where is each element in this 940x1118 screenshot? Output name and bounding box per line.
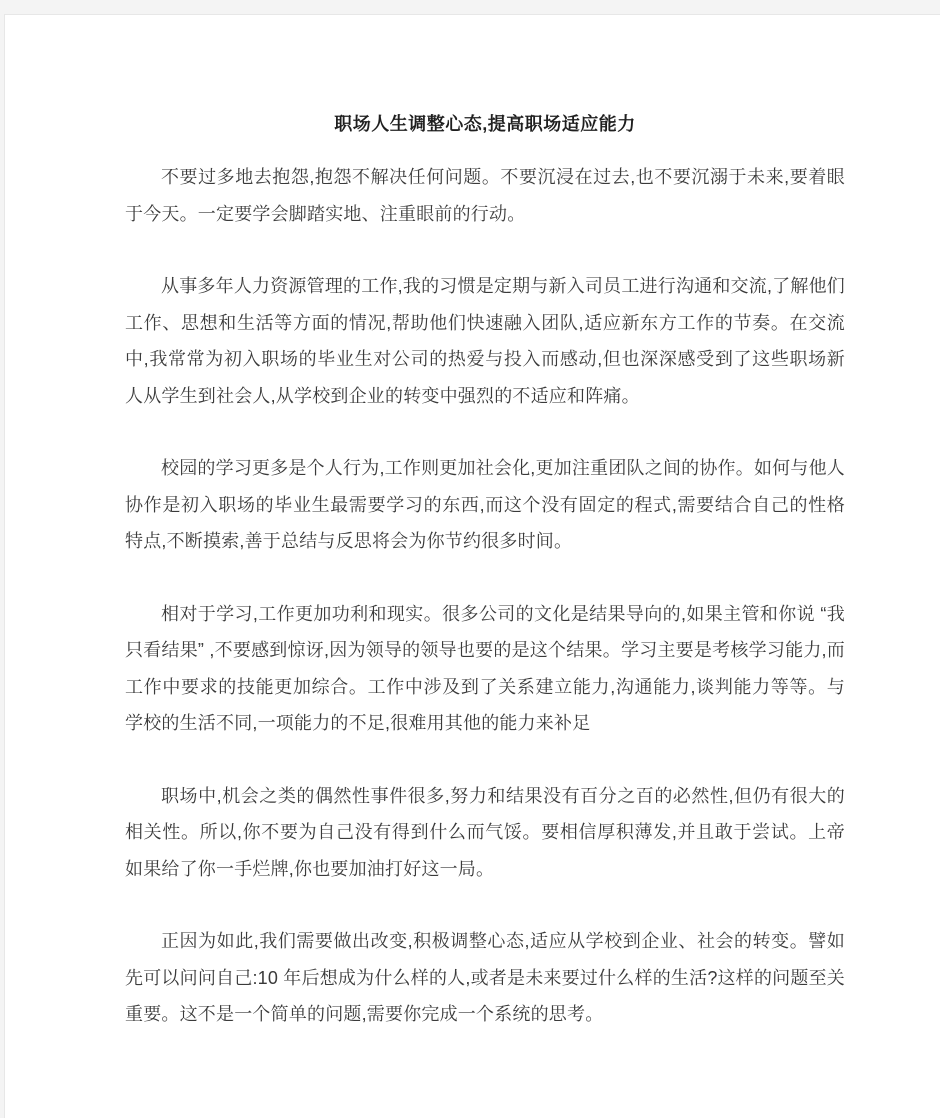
- paragraph-4: 相对于学习,工作更加功利和现实。很多公司的文化是结果导向的,如果主管和你说 “我…: [125, 596, 845, 742]
- document-page: 职场人生调整心态,提高职场适应能力 不要过多地去抱怨,抱怨不解决任何问题。不要沉…: [4, 14, 940, 1118]
- paragraph-6: 正因为如此,我们需要做出改变,积极调整心态,适应从学校到企业、社会的转变。譬如先…: [125, 923, 845, 1033]
- document-title: 职场人生调整心态,提高职场适应能力: [125, 111, 845, 137]
- paragraph-2: 从事多年人力资源管理的工作,我的习惯是定期与新入司员工进行沟通和交流,了解他们工…: [125, 268, 845, 414]
- paragraph-3: 校园的学习更多是个人行为,工作则更加社会化,更加注重团队之间的协作。如何与他人协…: [125, 450, 845, 560]
- document-viewer-canvas: 职场人生调整心态,提高职场适应能力 不要过多地去抱怨,抱怨不解决任何问题。不要沉…: [0, 0, 940, 1118]
- paragraph-5: 职场中,机会之类的偶然性事件很多,努力和结果没有百分之百的必然性,但仍有很大的相…: [125, 778, 845, 888]
- paragraph-1: 不要过多地去抱怨,抱怨不解决任何问题。不要沉浸在过去,也不要沉溺于未来,要着眼于…: [125, 159, 845, 232]
